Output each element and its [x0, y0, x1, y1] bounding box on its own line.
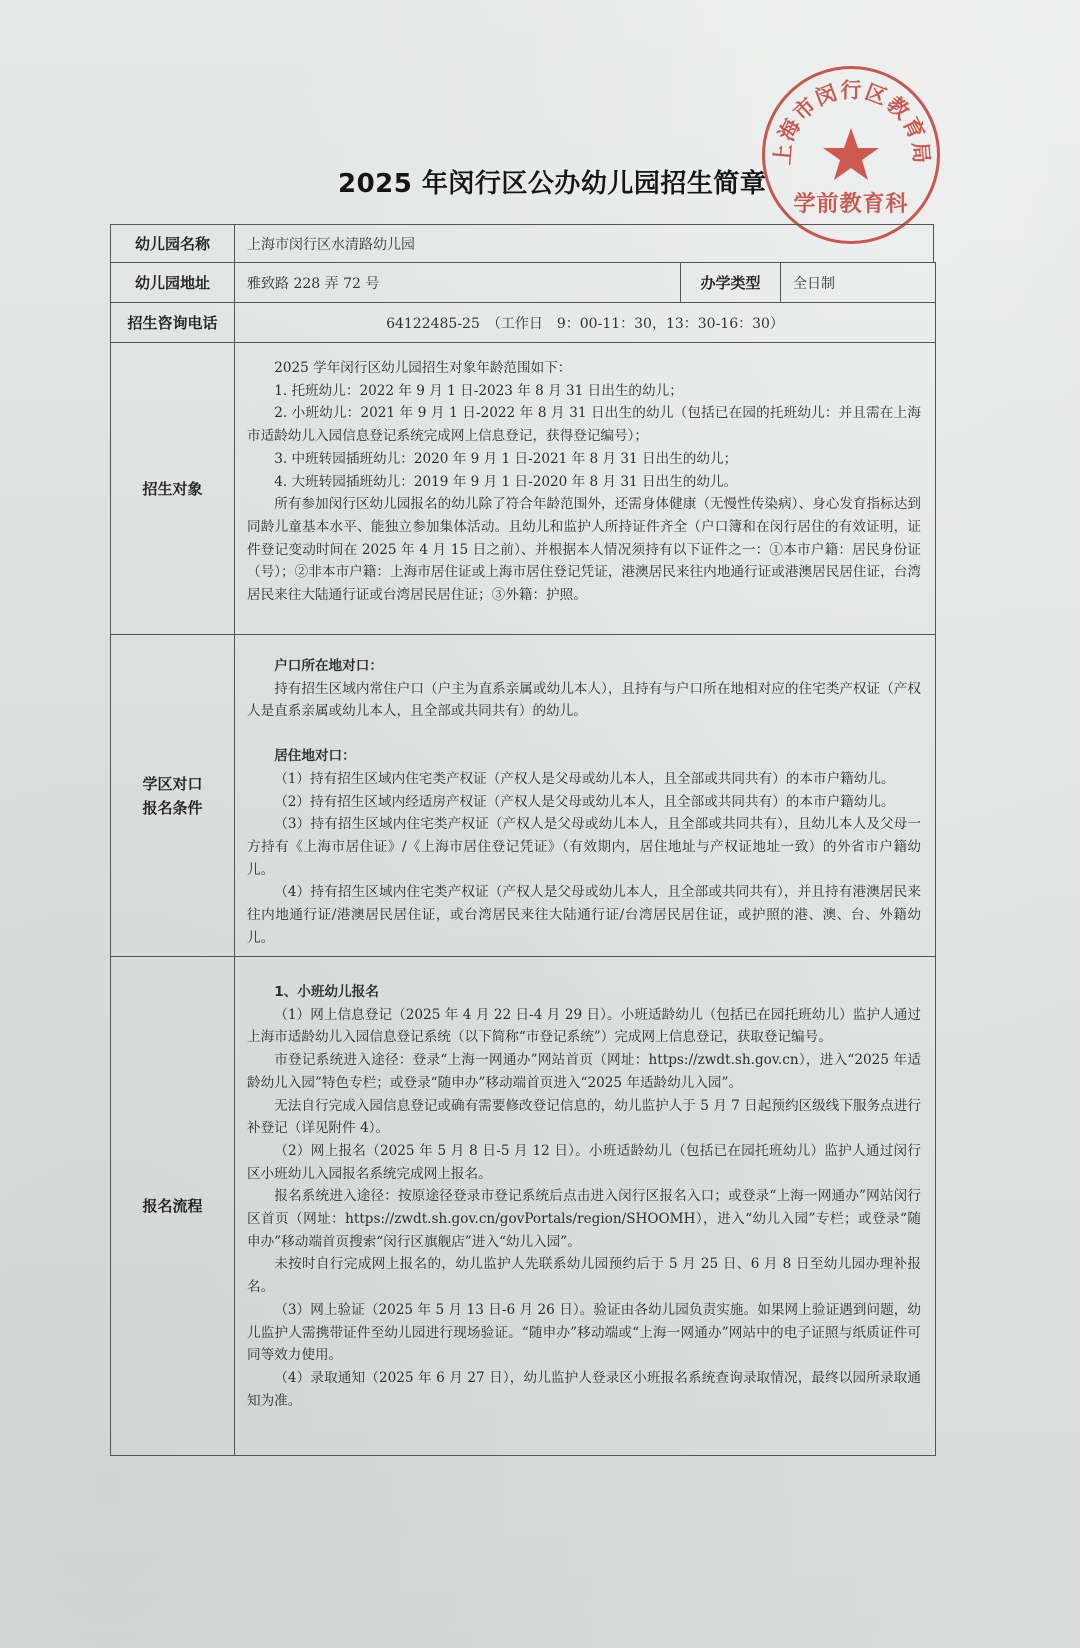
targets-content: 2025 学年闵行区幼儿园招生对象年龄范围如下： 1. 托班幼儿：2022 年 …: [234, 343, 936, 634]
residence-item-1: （1）持有招生区域内住宅类产权证（产权人是父母或幼儿本人，且全部或共同共有）的本…: [247, 768, 921, 791]
residence-item-2: （2）持有招生区域内经适房产权证（产权人是父母或幼儿本人，且全部或共同共有）的本…: [247, 791, 921, 814]
process-step-1: （1）网上信息登记（2025 年 4 月 22 日-4 月 29 日）。小班适龄…: [247, 1004, 921, 1049]
official-seal: 上海市闵行区教育局 学前教育科: [762, 66, 940, 244]
type-label: 办学类型: [680, 263, 780, 302]
phone-value: 64122485-25 （工作日 9：00-11：30，13：30-16：30）: [234, 303, 936, 342]
process-step-2: （2）网上报名（2025 年 5 月 8 日-5 月 12 日）。小班适龄幼儿（…: [247, 1140, 921, 1185]
targets-item-4: 4. 大班转园插班幼儿：2019 年 9 月 1 日-2020 年 8 月 31…: [247, 471, 921, 494]
process-step-1-offline: 无法自行完成入园信息登记或确有需要修改登记信息的，幼儿监护人于 5 月 7 日起…: [247, 1095, 921, 1140]
targets-requirements: 所有参加闵行区幼儿园报名的幼儿除了符合年龄范围外，还需身体健康（无慢性传染病）、…: [247, 493, 921, 607]
row-district: 学区对口 报名条件 户口所在地对口： 持有招生区域内常住户口（户主为直系亲属或幼…: [110, 634, 936, 956]
process-step-2-route: 报名系统进入途径：按原途径登录市登记系统后点击进入闵行区报名入口；或登录“上海一…: [247, 1185, 921, 1253]
address-label: 幼儿园地址: [110, 263, 234, 302]
district-label: 学区对口 报名条件: [110, 635, 234, 956]
targets-label: 招生对象: [110, 343, 234, 634]
type-value: 全日制: [780, 263, 936, 302]
district-label-line1: 学区对口: [142, 772, 202, 796]
process-step-3: （3）网上验证（2025 年 5 月 13 日-6 月 26 日）。验证由各幼儿…: [247, 1299, 921, 1367]
process-step-1-route: 市登记系统进入途径：登录“上海一网通办”网站首页（网址：https://zwdt…: [247, 1049, 921, 1094]
targets-item-3: 3. 中班转园插班幼儿：2020 年 9 月 1 日-2021 年 8 月 31…: [247, 448, 921, 471]
targets-item-1: 1. 托班幼儿：2022 年 9 月 1 日-2023 年 8 月 31 日出生…: [247, 380, 921, 403]
targets-item-2: 2. 小班幼儿：2021 年 9 月 1 日-2022 年 8 月 31 日出生…: [247, 402, 921, 447]
document-title: 2025 年闵行区公办幼儿园招生简章: [338, 163, 758, 200]
phone-label: 招生咨询电话: [110, 303, 234, 342]
residence-item-3: （3）持有招生区域内住宅类产权证（产权人是父母或幼儿本人，且全部或共同共有），且…: [247, 813, 921, 881]
hukou-text: 持有招生区域内常住户口（户主为直系亲属或幼儿本人），且持有与户口所在地相对应的住…: [247, 678, 921, 723]
hukou-heading: 户口所在地对口：: [247, 655, 921, 678]
row-phone: 招生咨询电话 64122485-25 （工作日 9：00-11：30，13：30…: [110, 302, 936, 342]
process-content: 1、小班幼儿报名 （1）网上信息登记（2025 年 4 月 22 日-4 月 2…: [234, 957, 936, 1455]
process-label: 报名流程: [110, 957, 234, 1455]
district-label-line2: 报名条件: [142, 796, 202, 820]
row-targets: 招生对象 2025 学年闵行区幼儿园招生对象年龄范围如下： 1. 托班幼儿：20…: [110, 342, 936, 634]
name-label: 幼儿园名称: [110, 225, 234, 262]
process-heading: 1、小班幼儿报名: [247, 981, 921, 1004]
process-step-4: （4）录取通知（2025 年 6 月 27 日），幼儿监护人登录区小班报名系统查…: [247, 1367, 921, 1412]
seal-center-text: 学前教育科: [765, 187, 937, 218]
row-process: 报名流程 1、小班幼儿报名 （1）网上信息登记（2025 年 4 月 22 日-…: [110, 956, 936, 1456]
name-value: 上海市闵行区水清路幼儿园: [234, 225, 934, 262]
process-step-2-late: 未按时自行完成网上报名的，幼儿监护人先联系幼儿园预约后于 5 月 25 日、6 …: [247, 1253, 921, 1298]
row-address: 幼儿园地址 雅致路 228 弄 72 号 办学类型 全日制: [110, 262, 936, 302]
address-value: 雅致路 228 弄 72 号: [234, 263, 680, 302]
targets-intro: 2025 学年闵行区幼儿园招生对象年龄范围如下：: [247, 357, 921, 380]
row-kindergarten-name: 幼儿园名称 上海市闵行区水清路幼儿园: [110, 224, 934, 262]
district-content: 户口所在地对口： 持有招生区域内常住户口（户主为直系亲属或幼儿本人），且持有与户…: [234, 635, 936, 956]
document-page: 2025 年闵行区公办幼儿园招生简章 上海市闵行区教育局 学前教育科 幼儿园名称…: [0, 0, 1080, 1648]
residence-heading: 居住地对口：: [247, 745, 921, 768]
residence-item-4: （4）持有招生区域内住宅类产权证（产权人是父母或幼儿本人，且全部或共同共有），并…: [247, 881, 921, 949]
